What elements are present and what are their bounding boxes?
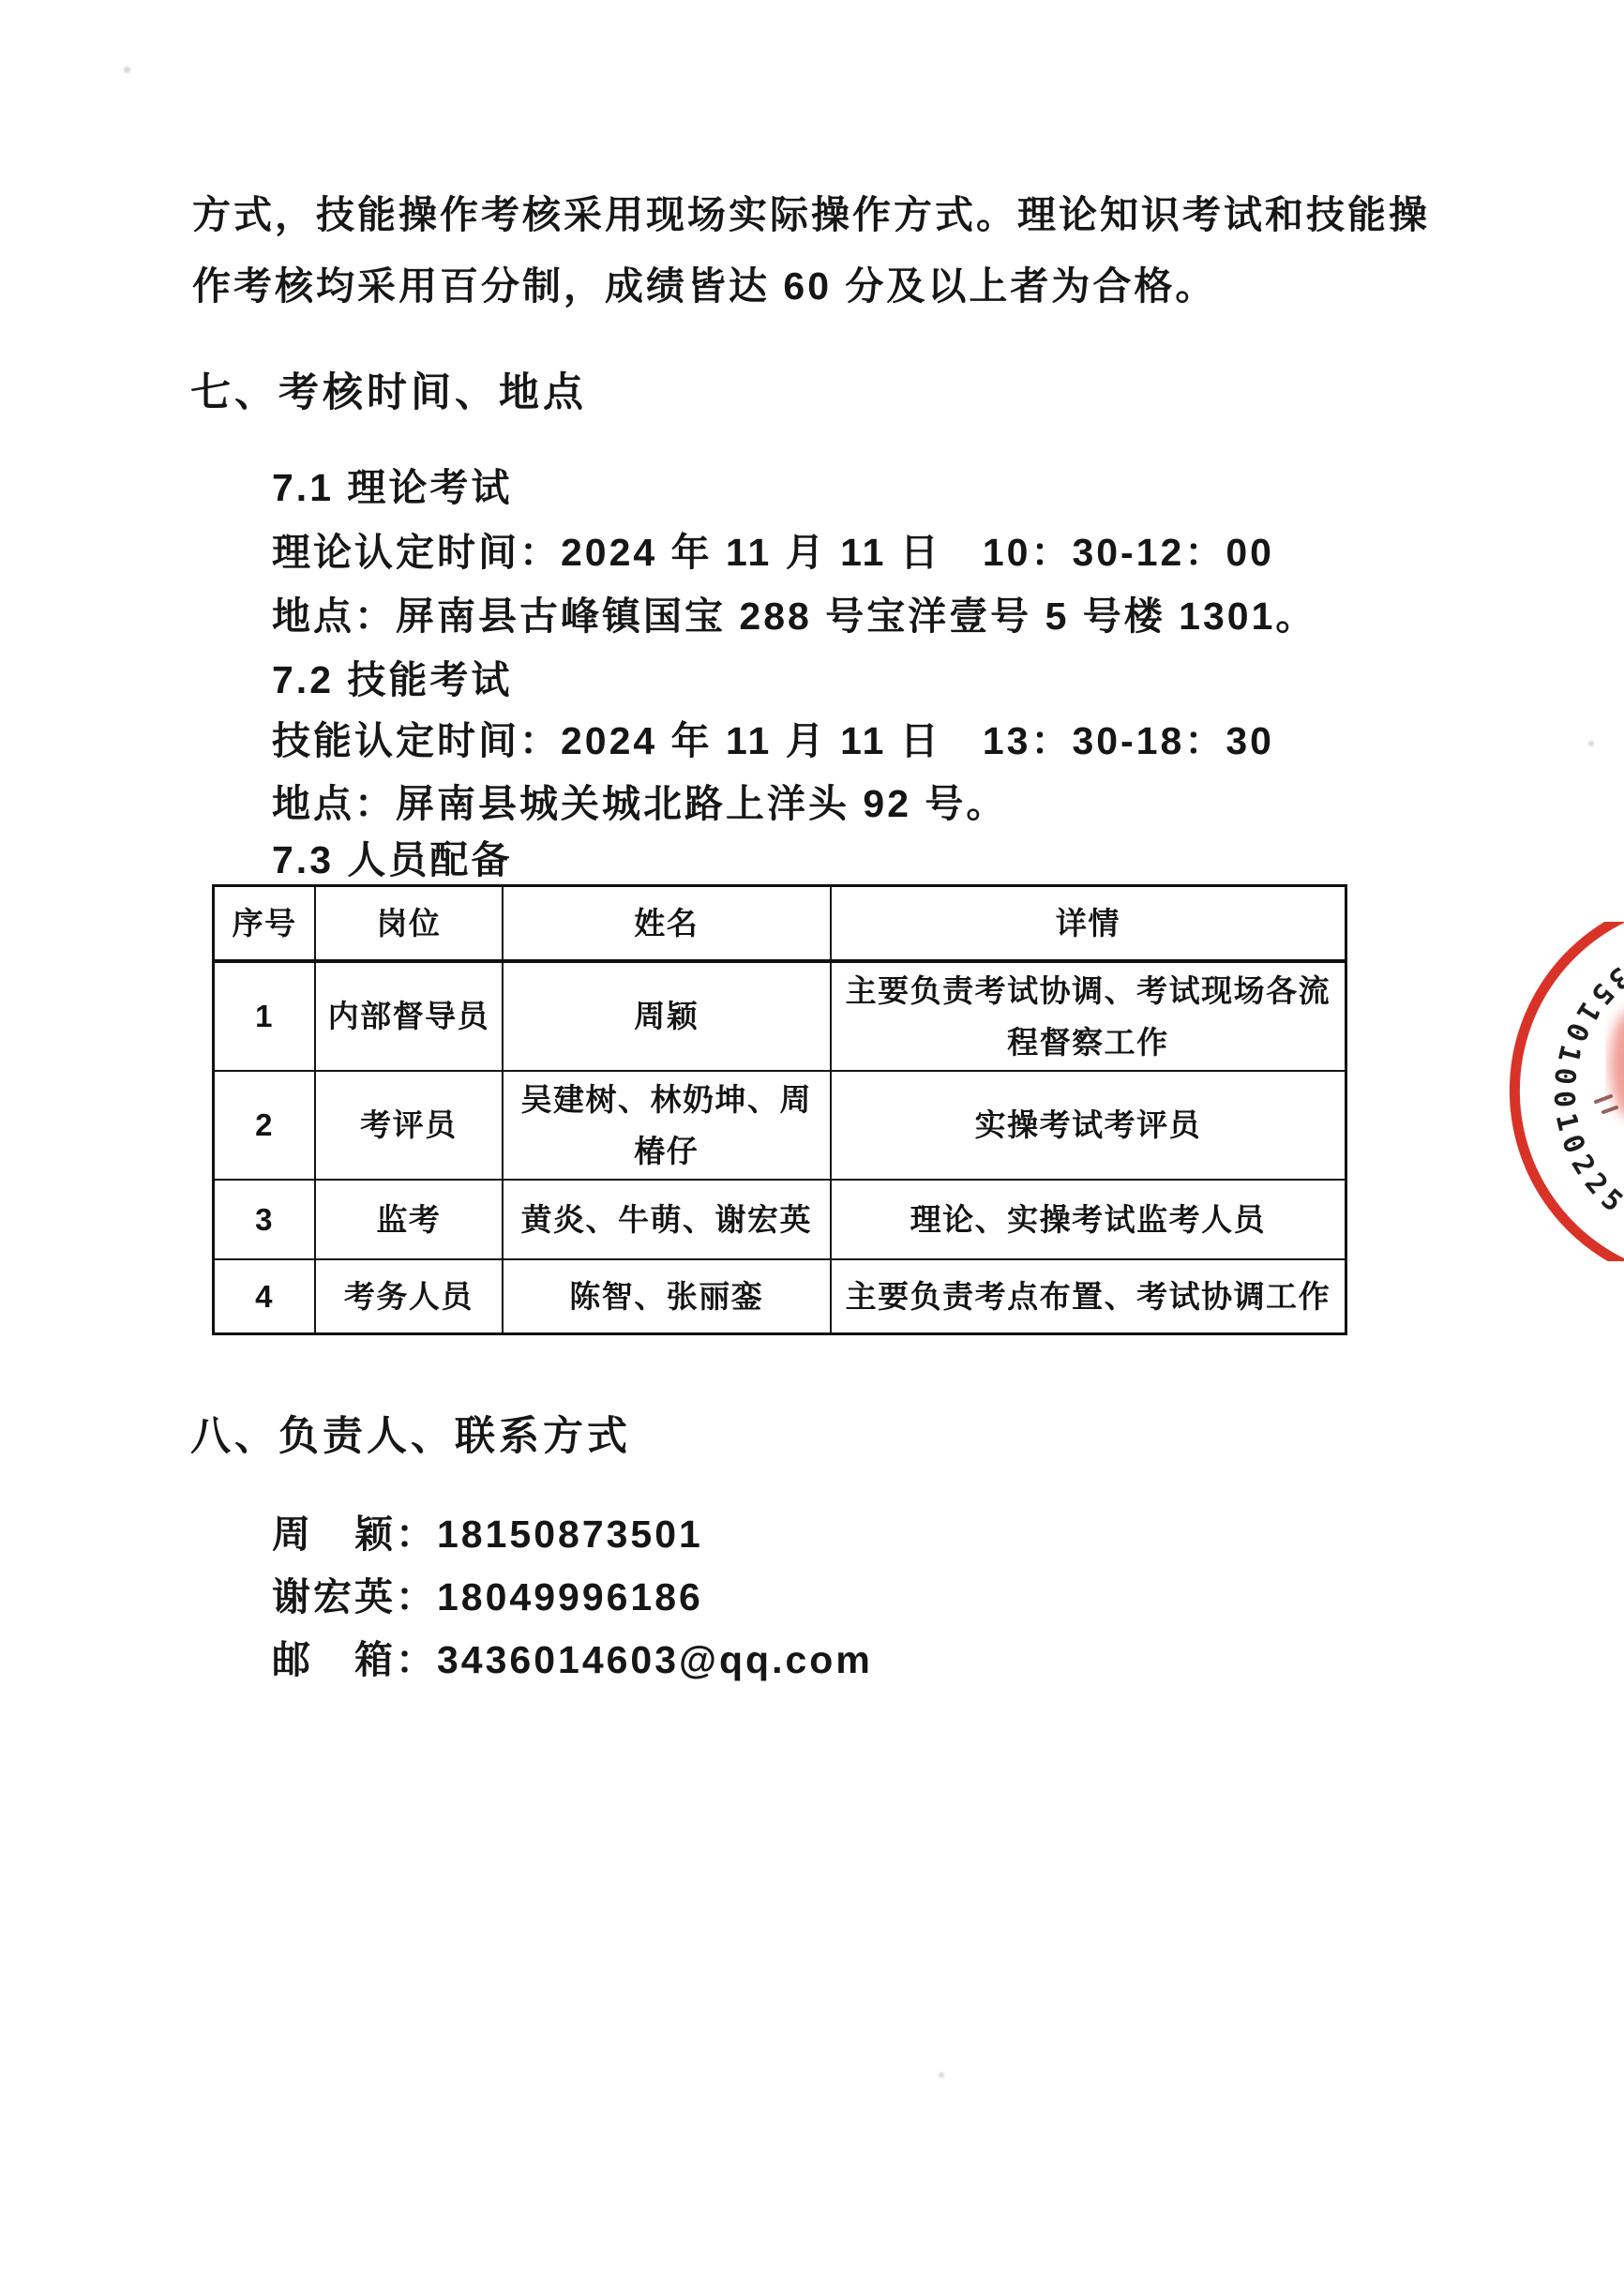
document-page: 方式，技能操作考核采用现场实际操作方式。理论知识考试和技能操 作考核均采用百分制… <box>0 0 1624 2273</box>
section8-heading: 八、负责人、联系方式 <box>190 1405 631 1462</box>
table-row: 2 考评员 吴建树、林奶坤、周椿仔 实操考试考评员 <box>214 1071 1346 1180</box>
seal-code-textpath: 351010010225 <box>1546 960 1624 1224</box>
section7-item71-place: 地点：屏南县古峰镇国宝 288 号宝洋壹号 5 号楼 1301。 <box>272 585 1316 640</box>
seal-dash-marks <box>1596 1096 1616 1112</box>
col-header-seq: 序号 <box>214 886 316 961</box>
section7-item73-title: 7.3 人员配备 <box>272 829 512 884</box>
section7-item71-title: 7.1 理论考试 <box>272 457 512 512</box>
cell-detail: 主要负责考试协调、考试现场各流程督察工作 <box>831 961 1346 1071</box>
table-row: 1 内部督导员 周颖 主要负责考试协调、考试现场各流程督察工作 <box>214 961 1346 1071</box>
cell-detail: 主要负责考点布置、考试协调工作 <box>831 1259 1346 1334</box>
section7-item72-time: 技能认定时间：2024 年 11 月 11 日 13：30-18：30 <box>272 710 1274 765</box>
col-header-role: 岗位 <box>315 886 502 961</box>
table-row: 4 考务人员 陈智、张丽銮 主要负责考点布置、考试协调工作 <box>214 1259 1346 1334</box>
col-header-name: 姓名 <box>503 886 831 961</box>
seal-smudge <box>1610 1010 1624 1119</box>
cell-seq: 2 <box>214 1071 316 1180</box>
seal-code-digits: 351010010225 <box>1546 960 1624 1224</box>
section7-heading: 七、考核时间、地点 <box>190 361 587 418</box>
table-row: 3 监考 黄炎、牛萌、谢宏英 理论、实操考试监考人员 <box>214 1180 1346 1259</box>
cell-role: 考评员 <box>315 1071 502 1180</box>
table-header-row: 序号 岗位 姓名 详情 <box>214 886 1346 961</box>
cell-detail: 理论、实操考试监考人员 <box>831 1180 1346 1259</box>
contact-xie: 谢宏英：18049996186 <box>272 1566 703 1621</box>
cell-name: 周颖 <box>503 961 831 1071</box>
cell-seq: 3 <box>214 1180 316 1259</box>
cell-seq: 1 <box>214 961 316 1071</box>
cell-role: 内部督导员 <box>315 961 502 1071</box>
section7-item72-title: 7.2 技能考试 <box>272 649 512 704</box>
intro-line-1: 方式，技能操作考核采用现场实际操作方式。理论知识考试和技能操 <box>192 184 1430 239</box>
contact-zhou: 周 颖：18150873501 <box>272 1503 703 1558</box>
cell-name: 黄炎、牛萌、谢宏英 <box>503 1180 831 1259</box>
section7-item72-place: 地点：屏南县城关城北路上洋头 92 号。 <box>272 773 1007 828</box>
scan-speck <box>939 2072 944 2078</box>
cell-detail: 实操考试考评员 <box>831 1071 1346 1180</box>
cell-name: 陈智、张丽銮 <box>503 1259 831 1334</box>
red-seal-stamp: 351010010225 <box>1463 922 1624 1261</box>
section7-item71-time: 理论认定时间：2024 年 11 月 11 日 10：30-12：00 <box>272 521 1274 577</box>
intro-line-2: 作考核均采用百分制，成绩皆达 60 分及以上者为合格。 <box>192 255 1216 310</box>
contact-email: 邮 箱：3436014603@qq.com <box>272 1629 873 1684</box>
cell-seq: 4 <box>214 1259 316 1334</box>
staff-table: 序号 岗位 姓名 详情 1 内部督导员 周颖 主要负责考试协调、考试现场各流程督… <box>212 884 1347 1335</box>
col-header-detail: 详情 <box>831 886 1346 961</box>
cell-name: 吴建树、林奶坤、周椿仔 <box>503 1071 831 1180</box>
scan-speck <box>124 67 130 73</box>
cell-role: 监考 <box>315 1180 502 1259</box>
cell-role: 考务人员 <box>315 1259 502 1334</box>
scan-speck <box>1588 741 1594 746</box>
